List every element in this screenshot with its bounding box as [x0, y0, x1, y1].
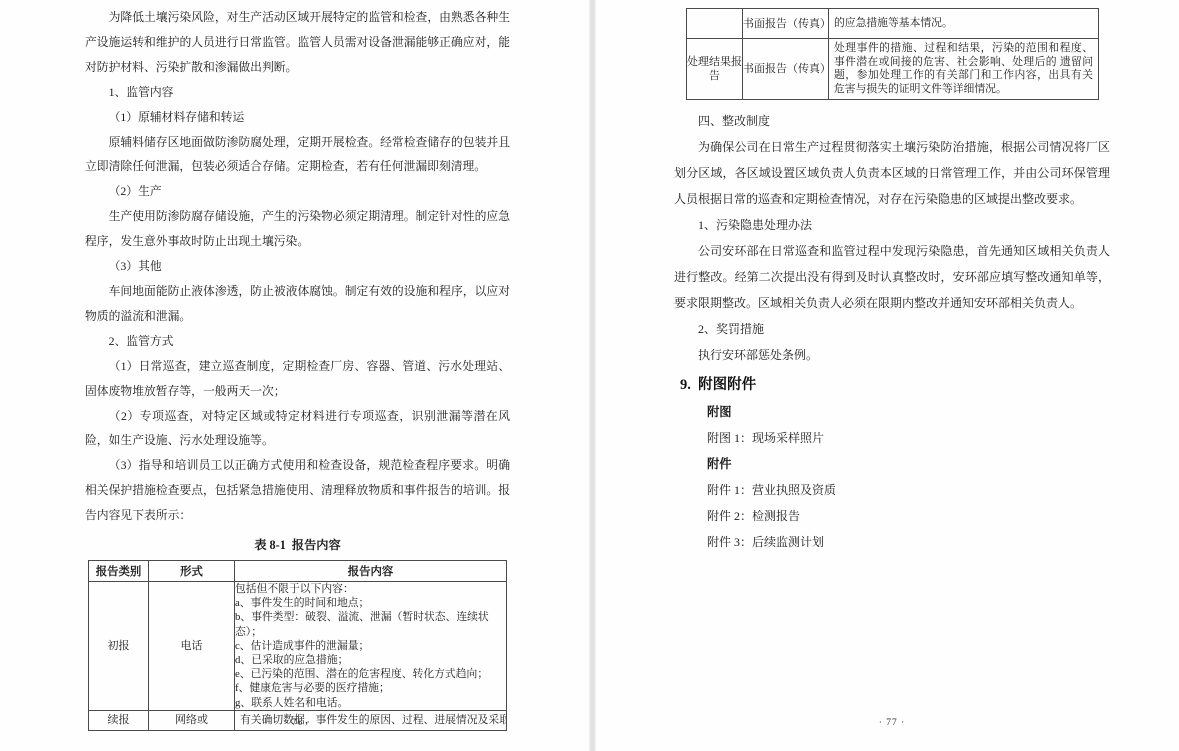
paragraph: 车间地面能防止液体渗透，防止被液体腐蚀。制定有效的设施和程序，以应对物质的溢流和…: [85, 279, 510, 329]
page-77-body: 四、整改制度 为确保公司在日常生产过程贯彻落实土壤污染防治措施，根据公司情况将厂…: [674, 108, 1110, 368]
table-cell: 的应急措施等基本情况。: [829, 9, 1099, 39]
paragraph: 执行安环部惩处条例。: [674, 342, 1110, 368]
attachment-item: 附件 3：后续监测计划: [707, 529, 1179, 555]
table-header-cell: 报告类别: [89, 561, 149, 582]
paragraph: （2）专项巡查，对特定区域或特定材料进行专项巡查，识别泄漏等潜在风险，如生产设施…: [85, 404, 510, 454]
paragraph: （1）日常巡查，建立巡查制度，定期检查厂房、容器、管道、污水处理站、固体废物堆放…: [85, 354, 510, 404]
attachments-list: 附图 附图 1：现场采样照片 附件 附件 1：营业执照及资质 附件 2：检测报告…: [707, 399, 1179, 555]
numbered-item: （2）生产: [85, 179, 510, 204]
paragraph: 生产使用防渗防腐存储设施，产生的污染物必须定期清理。制定针对性的应急程序，发生意…: [85, 204, 510, 254]
table-row: 初报 电话 包括但不限于以下内容： a、事件发生的时间和地点； b、事件类型：破…: [89, 582, 507, 711]
numbered-item: 四、整改制度: [674, 108, 1110, 134]
numbered-item: （3）其他: [85, 254, 510, 279]
attachment-subhead: 附件: [707, 451, 1179, 477]
table-row: 书面报告（传真） 的应急措施等基本情况。: [687, 9, 1099, 39]
numbered-item: 2、监管方式: [85, 329, 510, 354]
table-cell: 处理结果报告: [687, 39, 743, 100]
table-cell: [687, 9, 743, 39]
document-canvas: 为降低土壤污染风险，对生产活动区域开展特定的监管和检查，由熟悉各种生产设施运转和…: [0, 0, 1179, 751]
page-76: 为降低土壤污染风险，对生产活动区域开展特定的监管和检查，由熟悉各种生产设施运转和…: [0, 0, 590, 751]
table-cell: 书面报告（传真）: [743, 39, 829, 100]
table-8-1-title: 表 8-1 报告内容: [85, 535, 510, 555]
attachment-item: 附件 2：检测报告: [707, 503, 1179, 529]
report-content-table-continued: 书面报告（传真） 的应急措施等基本情况。 处理结果报告 书面报告（传真） 处理事…: [686, 8, 1099, 100]
page-divider: [589, 0, 596, 751]
paragraph: 为降低土壤污染风险，对生产活动区域开展特定的监管和检查，由熟悉各种生产设施运转和…: [85, 5, 510, 80]
page-number: · 77 ·: [674, 718, 1110, 728]
numbered-item: 1、污染隐患处理办法: [674, 212, 1110, 238]
attachment-item: 附件 1：营业执照及资质: [707, 477, 1179, 503]
paragraph: （3）指导和培训员工以正确方式使用和检查设备，规范检查程序要求。明确相关保护措施…: [85, 453, 510, 528]
attachment-item: 附图 1：现场采样照片: [707, 425, 1179, 451]
attachment-subhead: 附图: [707, 399, 1179, 425]
numbered-item: （1）原辅材料存储和转运: [85, 105, 510, 130]
numbered-item: 2、奖罚措施: [674, 316, 1110, 342]
numbered-item: 1、监管内容: [85, 80, 510, 105]
table-row: 处理结果报告 书面报告（传真） 处理事件的措施、过程和结果，污染的范围和程度、事…: [687, 39, 1099, 100]
table-header-row: 报告类别 形式 报告内容: [89, 561, 507, 582]
section-heading-9: 9. 附图附件: [680, 371, 1179, 399]
paragraph: 为确保公司在日常生产过程贯彻落实土壤污染防治措施，根据公司情况将厂区划分区域，各…: [674, 134, 1110, 212]
page-number: · 76 ·: [85, 718, 510, 728]
page-76-body: 为降低土壤污染风险，对生产活动区域开展特定的监管和检查，由熟悉各种生产设施运转和…: [85, 5, 510, 528]
paragraph: 原辅料储存区地面做防渗防腐处理，定期开展检查。经常检查储存的包装并且立即清除任何…: [85, 130, 510, 180]
table-header-cell: 形式: [149, 561, 235, 582]
table-cell: 初报: [89, 582, 149, 711]
table-cell: 电话: [149, 582, 235, 711]
report-content-table: 报告类别 形式 报告内容 初报 电话 包括但不限于以下内容： a、事件发生的时间…: [88, 560, 507, 731]
table-header-cell: 报告内容: [235, 561, 507, 582]
table-cell: 处理事件的措施、过程和结果，污染的范围和程度、事件潜在或间接的危害、社会影响、处…: [829, 39, 1099, 100]
table-cell: 书面报告（传真）: [743, 9, 829, 39]
paragraph: 公司安环部在日常巡查和监管过程中发现污染隐患，首先通知区域相关负责人进行整改。经…: [674, 238, 1110, 316]
page-77: 书面报告（传真） 的应急措施等基本情况。 处理结果报告 书面报告（传真） 处理事…: [596, 0, 1179, 751]
table-cell: 包括但不限于以下内容： a、事件发生的时间和地点； b、事件类型：破裂、溢流、泄…: [235, 582, 507, 711]
